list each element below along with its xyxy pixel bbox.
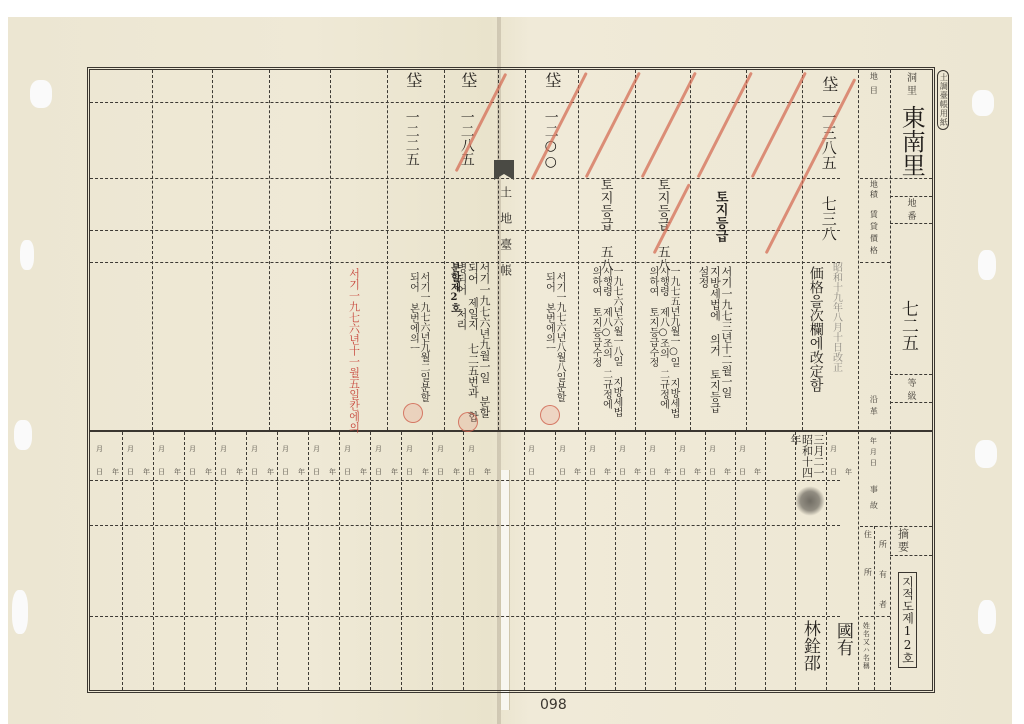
grid-line bbox=[858, 70, 859, 690]
day-label: 日 bbox=[528, 467, 535, 477]
month-label: 月 bbox=[559, 444, 566, 454]
month-label: 月 bbox=[739, 444, 746, 454]
day-label: 日 bbox=[251, 467, 258, 477]
month-label: 月 bbox=[220, 444, 227, 454]
paper-hole bbox=[978, 250, 996, 280]
jibeon-value: 七二五 bbox=[898, 300, 916, 351]
col5-annotation: 서기一九七六년九월一일 분할되어 제일지 七二五번과 합병되어 처리 bbox=[458, 262, 490, 422]
grid-line bbox=[860, 178, 932, 179]
day-label: 日 bbox=[189, 467, 196, 477]
paper-hole bbox=[975, 440, 997, 468]
grid-line bbox=[860, 526, 932, 527]
col6-jijeok: 一二二五 bbox=[404, 110, 419, 166]
grid-line bbox=[153, 432, 154, 690]
dong-ri-value: 東南里 bbox=[898, 105, 923, 177]
month-label: 月 bbox=[251, 444, 258, 454]
col5-jimok: 垈 bbox=[459, 72, 476, 88]
grid-line bbox=[765, 432, 766, 690]
label-dong-ri: 洞里 bbox=[904, 72, 915, 98]
page-number: 098 bbox=[540, 697, 567, 713]
day-label: 日 bbox=[96, 467, 103, 477]
year-label: 年 bbox=[205, 467, 212, 477]
month-label: 月 bbox=[406, 444, 413, 454]
month-label: 月 bbox=[158, 444, 165, 454]
col4-jimok: 垈 bbox=[543, 72, 560, 88]
col0-annotation: 価格을次欄에改定함 bbox=[808, 266, 823, 392]
day-label: 日 bbox=[739, 467, 746, 477]
label-jimok: 地目 bbox=[869, 72, 877, 100]
grid-line bbox=[826, 432, 827, 690]
label-summary: 摘要 bbox=[897, 528, 909, 554]
grid-line bbox=[212, 70, 213, 430]
month-label: 月 bbox=[96, 444, 103, 454]
day-label: 日 bbox=[220, 467, 227, 477]
owner-name: 國有 bbox=[833, 622, 851, 656]
grid-line bbox=[432, 432, 433, 690]
grid-line bbox=[690, 70, 691, 430]
month-label: 月 bbox=[679, 444, 686, 454]
col0-stamp: 昭和十九年八月十日改正 bbox=[830, 262, 841, 372]
day-label: 日 bbox=[830, 467, 837, 477]
grid-line bbox=[615, 432, 616, 690]
label-jibeon: 地番 bbox=[905, 198, 914, 224]
label-date: 年月日 bbox=[869, 437, 876, 470]
grid-line bbox=[401, 432, 402, 690]
grid-line bbox=[585, 432, 586, 690]
year-label: 年 bbox=[574, 467, 581, 477]
grid-line bbox=[860, 262, 890, 263]
label-juso: 住所 bbox=[863, 530, 871, 606]
grid-line bbox=[874, 526, 875, 690]
day-label: 日 bbox=[375, 467, 382, 477]
grid-line bbox=[90, 102, 840, 103]
owner-name-2: 林銓邵 bbox=[800, 620, 818, 671]
day-label: 日 bbox=[437, 467, 444, 477]
day-label: 日 bbox=[158, 467, 165, 477]
day-label: 日 bbox=[649, 467, 656, 477]
grid-line bbox=[370, 432, 371, 690]
grid-line bbox=[387, 70, 388, 430]
month-label: 月 bbox=[189, 444, 196, 454]
grid-line bbox=[890, 70, 891, 690]
label-deunggeup: 等級 bbox=[905, 378, 914, 404]
label-sago: 事故 bbox=[869, 485, 877, 517]
paper-hole bbox=[20, 240, 34, 270]
col6-jimok: 垈 bbox=[404, 72, 421, 88]
grid-line bbox=[524, 432, 525, 690]
col2-annotation: 一九七五년九월一○일 지방세법 시행령 제八○조의 二규정에 의하여 토지등급수… bbox=[642, 266, 678, 426]
month-label: 月 bbox=[375, 444, 382, 454]
year-label: 年 bbox=[422, 467, 429, 477]
section-divider bbox=[90, 430, 932, 432]
grid-line bbox=[215, 432, 216, 690]
grid-line bbox=[890, 555, 932, 556]
day-label: 日 bbox=[559, 467, 566, 477]
col1-annotation: 서기一九七三년十二월一일 지방세법에 의거 토지등급 설정 bbox=[706, 266, 732, 416]
year-label: 年 bbox=[694, 467, 701, 477]
year-label: 年 bbox=[329, 467, 336, 477]
year-label: 年 bbox=[236, 467, 243, 477]
year-label: 年 bbox=[724, 467, 731, 477]
grid-line bbox=[735, 432, 736, 690]
grid-line bbox=[525, 70, 526, 430]
grid-line bbox=[635, 70, 636, 430]
grid-line bbox=[890, 196, 932, 197]
col0-imdaega: 七三八 bbox=[820, 196, 836, 241]
day-label: 日 bbox=[709, 467, 716, 477]
day-label: 日 bbox=[344, 467, 351, 477]
grid-line bbox=[645, 432, 646, 690]
day-label: 日 bbox=[406, 467, 413, 477]
form-side-label: 土調臺帳用紙 bbox=[937, 70, 949, 130]
summary-stamp: 지적도제12호 bbox=[898, 572, 917, 668]
red-seal bbox=[540, 405, 560, 425]
form-title: 土地臺帳 bbox=[499, 186, 512, 290]
year-label: 年 bbox=[174, 467, 181, 477]
grid-line bbox=[90, 178, 840, 179]
grid-line bbox=[330, 70, 331, 430]
grid-line bbox=[555, 432, 556, 690]
year-label: 年 bbox=[754, 467, 761, 477]
year-label: 年 bbox=[484, 467, 491, 477]
grid-line bbox=[339, 432, 340, 690]
year-label: 年 bbox=[112, 467, 119, 477]
red-seal bbox=[458, 412, 478, 432]
grid-line bbox=[269, 70, 270, 430]
year-label: 年 bbox=[391, 467, 398, 477]
year-label: 年 bbox=[634, 467, 641, 477]
paper-hole bbox=[30, 80, 52, 108]
col1-imdaega: 토지등급 bbox=[713, 190, 727, 242]
year-label: 年 bbox=[267, 467, 274, 477]
month-label: 月 bbox=[282, 444, 289, 454]
month-label: 月 bbox=[127, 444, 134, 454]
col3-imdaega: 토지등급 五八 bbox=[598, 178, 612, 271]
day-label: 日 bbox=[679, 467, 686, 477]
date-entry: 三月二一 昭和十四年 bbox=[790, 434, 824, 478]
col5-side-note: 분할제2호 bbox=[448, 262, 459, 313]
label-jijeok: 地積 bbox=[869, 180, 877, 200]
col3-annotation: 一九七六년六월一八일 지방세법 시행령 제八○조의 二규정에 의하여 토지등급수… bbox=[585, 266, 621, 426]
grid-line bbox=[578, 70, 579, 430]
month-label: 月 bbox=[437, 444, 444, 454]
year-label: 年 bbox=[664, 467, 671, 477]
grid-line bbox=[122, 432, 123, 690]
paper-hole bbox=[978, 600, 996, 634]
col0-jimok: 垈 bbox=[820, 76, 837, 92]
year-label: 年 bbox=[298, 467, 305, 477]
label-imdaega: 賃貸價格 bbox=[869, 210, 877, 258]
paper-hole bbox=[972, 90, 994, 116]
month-label: 月 bbox=[344, 444, 351, 454]
label-soyuja: 所有者 bbox=[878, 540, 886, 630]
year-label: 年 bbox=[453, 467, 460, 477]
red-seal bbox=[403, 403, 423, 423]
month-label: 月 bbox=[709, 444, 716, 454]
grid-line bbox=[463, 432, 464, 690]
col6-annotation: 서기一九七六년九월二일분할되어 본번에의ㅡ bbox=[398, 272, 428, 402]
day-label: 日 bbox=[619, 467, 626, 477]
year-label: 年 bbox=[143, 467, 150, 477]
month-label: 月 bbox=[830, 444, 837, 454]
paper-hole bbox=[14, 420, 32, 450]
grid-line bbox=[705, 432, 706, 690]
grid-line bbox=[746, 70, 747, 430]
grid-line bbox=[90, 525, 840, 526]
col4-annotation: 서기一九七六년八월八일분할되어 본번에의ㅡ bbox=[534, 272, 564, 402]
grid-line bbox=[90, 616, 840, 617]
grid-line bbox=[152, 70, 153, 430]
month-label: 月 bbox=[589, 444, 596, 454]
paper-hole bbox=[12, 590, 28, 634]
grid-line bbox=[246, 432, 247, 690]
year-label: 年 bbox=[360, 467, 367, 477]
grid-line bbox=[890, 374, 932, 375]
grid-line bbox=[675, 432, 676, 690]
label-name: 姓名又ハ名稱 bbox=[862, 622, 869, 670]
month-label: 月 bbox=[528, 444, 535, 454]
label-yeonheok: 沿革 bbox=[869, 395, 877, 419]
month-label: 月 bbox=[313, 444, 320, 454]
grid-line bbox=[308, 432, 309, 690]
year-label: 年 bbox=[845, 467, 852, 477]
day-label: 日 bbox=[589, 467, 596, 477]
day-label: 日 bbox=[282, 467, 289, 477]
year-label: 年 bbox=[604, 467, 611, 477]
month-label: 月 bbox=[468, 444, 475, 454]
ink-seal-smudge bbox=[795, 486, 825, 516]
grid-line bbox=[444, 70, 445, 430]
grid-line bbox=[90, 480, 840, 481]
col7-red-annotation: 서기一九七六년十一월五일칸에의 bbox=[348, 268, 360, 433]
grid-line bbox=[184, 432, 185, 690]
day-label: 日 bbox=[313, 467, 320, 477]
month-label: 月 bbox=[619, 444, 626, 454]
day-label: 日 bbox=[127, 467, 134, 477]
grid-line bbox=[802, 70, 803, 430]
grid-line bbox=[277, 432, 278, 690]
month-label: 月 bbox=[649, 444, 656, 454]
day-label: 日 bbox=[468, 467, 475, 477]
